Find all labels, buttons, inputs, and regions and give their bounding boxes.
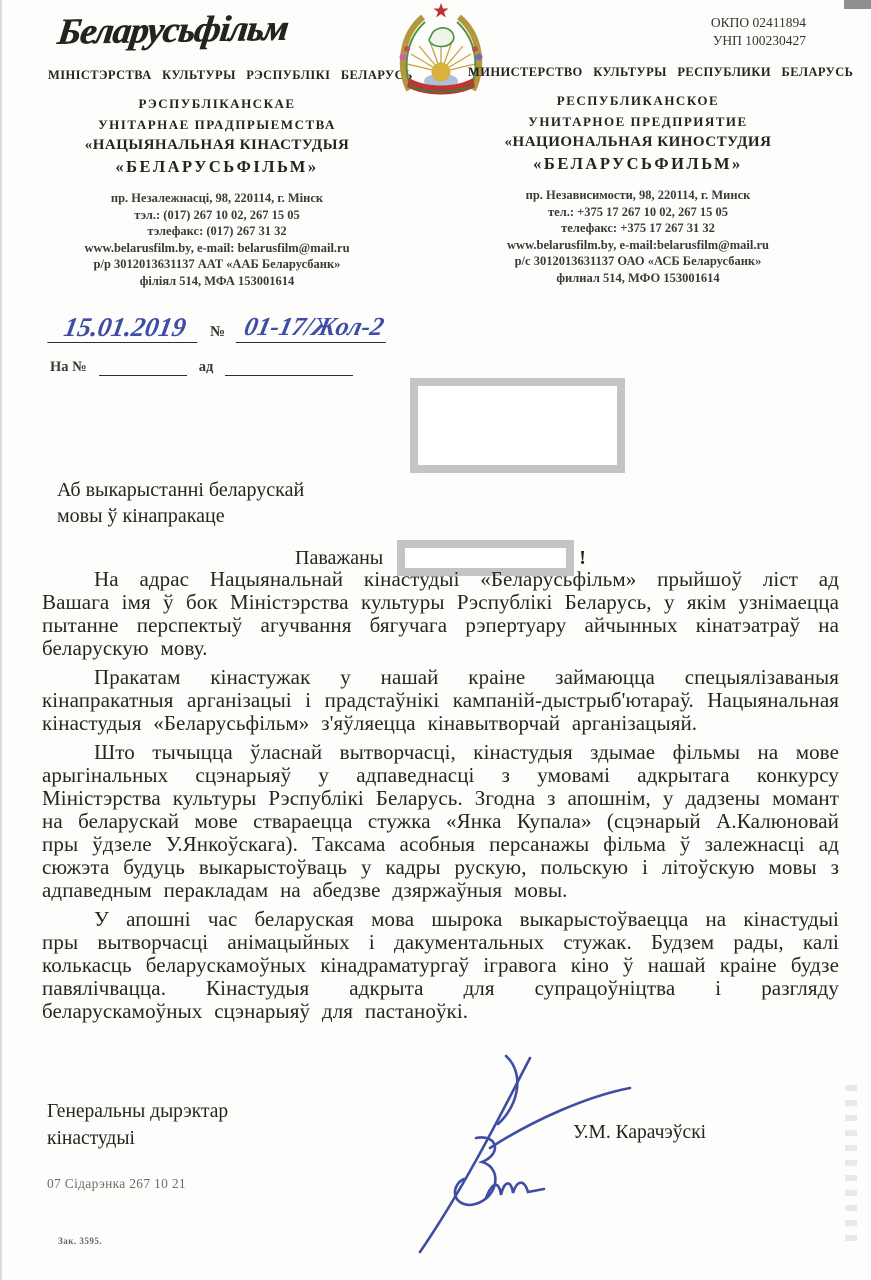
- address-line: тэлефакс: (017) 267 31 32: [48, 223, 386, 240]
- org-line: «БЕЛАРУСЬФИЛЬМ»: [468, 153, 808, 174]
- signer-title: Генеральны дырэктар кінастудыі: [47, 1098, 228, 1152]
- scan-corner-artifact: [844, 0, 871, 9]
- address-line: www.belarusfilm.by, e-mail: belarusfilm@…: [48, 240, 386, 257]
- org-line: РЭСПУБЛІКАНСКАЕ: [48, 93, 386, 114]
- address-line: www.belarusfilm.by, e-mail:belarusfilm@m…: [468, 237, 808, 254]
- address-line: р/с 3012013631137 ОАО «АСБ Беларусбанк»: [468, 253, 808, 270]
- paragraph: Што тычыцца ўласнай вытворчасці, кінасту…: [42, 741, 839, 902]
- letterhead-left: Беларусьфільм МІНІСТЭРСТВА КУЛЬТУРЫ РЭСП…: [48, 8, 386, 289]
- subject-line: мовы ў кінапракаце: [57, 503, 304, 529]
- registration-codes: ОКПО 02411894 УНП 100230427: [468, 14, 808, 50]
- handwritten-date: 15.01.2019: [47, 312, 202, 343]
- print-order-note: Зак. 3595.: [58, 1236, 102, 1246]
- reference-block: 15.01.2019 № 01-17/Жол-2 На № ад: [50, 312, 470, 376]
- blank-underline: [99, 375, 187, 376]
- org-line: УНІТАРНАЕ ПРАДПРЫЕМСТВА: [48, 114, 386, 135]
- org-line: РЕСПУБЛИКАНСКОЕ: [468, 90, 808, 111]
- na-number-label: На №: [50, 359, 87, 376]
- address-line: тэл.: (017) 267 10 02, 267 15 05: [48, 207, 386, 224]
- address-line: филиал 514, МФО 153001614: [468, 270, 808, 287]
- address-line: пр. Незалежнасці, 98, 220114, г. Мінск: [48, 190, 386, 207]
- paragraph: Пракатам кінастужак у нашай краіне займа…: [42, 666, 839, 735]
- address-line: тел.: +375 17 267 10 02, 267 15 05: [468, 204, 808, 221]
- signer-title-line: Генеральны дырэктар: [47, 1098, 228, 1125]
- address-line: філіял 514, МФА 153001614: [48, 273, 386, 290]
- signer-name: У.М. Карачэўскі: [573, 1122, 706, 1144]
- address-line: пр. Независимости, 98, 220114, г. Минск: [468, 187, 808, 204]
- unp-code: УНП 100230427: [468, 32, 806, 50]
- org-line: УНИТАРНОЕ ПРЕДПРИЯТИЕ: [468, 111, 808, 132]
- belarusfilm-logo: Беларусьфільм: [55, 5, 389, 54]
- number-sign: №: [210, 324, 225, 341]
- scanned-letter-page: Беларусьфільм МІНІСТЭРСТВА КУЛЬТУРЫ РЭСП…: [0, 0, 871, 1280]
- redaction-box-addressee: [410, 378, 625, 473]
- address-block-by: пр. Незалежнасці, 98, 220114, г. Мінск т…: [48, 190, 386, 289]
- address-block-ru: пр. Независимости, 98, 220114, г. Минск …: [468, 187, 808, 286]
- blank-underline: [225, 375, 353, 376]
- handwritten-signature: [378, 1052, 638, 1257]
- incoming-ref-line: На № ад: [50, 359, 470, 376]
- paragraph: На адрас Нацыянальнай кінастудыі «Белару…: [42, 568, 839, 660]
- signer-title-line: кінастудыі: [47, 1125, 228, 1152]
- org-line: «НАЦИОНАЛЬНАЯ КИНОСТУДИЯ: [468, 132, 808, 153]
- ministry-line-ru: МИНИСТЕРСТВО КУЛЬТУРЫ РЕСПУБЛИКИ БЕЛАРУС…: [468, 65, 808, 80]
- org-name-by: РЭСПУБЛІКАНСКАЕ УНІТАРНАЕ ПРАДПРЫЕМСТВА …: [48, 93, 386, 177]
- okpo-code: ОКПО 02411894: [468, 14, 806, 32]
- org-line: «НАЦЫЯНАЛЬНАЯ КІНАСТУДЫЯ: [48, 135, 386, 156]
- ad-label: ад: [199, 359, 214, 376]
- scan-edge-shadow: [0, 0, 3, 1280]
- address-line: телефакс: +375 17 267 31 32: [468, 220, 808, 237]
- letter-body: На адрас Нацыянальнай кінастудыі «Белару…: [42, 568, 839, 1029]
- org-name-ru: РЕСПУБЛИКАНСКОЕ УНИТАРНОЕ ПРЕДПРИЯТИЕ «Н…: [468, 90, 808, 174]
- paragraph: У апошні час беларуская мова шырока выка…: [42, 908, 839, 1023]
- letterhead-right: ОКПО 02411894 УНП 100230427 МИНИСТЕРСТВО…: [468, 14, 808, 286]
- address-line: р/р 3012013631137 ААТ «ААБ Беларусбанк»: [48, 256, 386, 273]
- ministry-line-by: МІНІСТЭРСТВА КУЛЬТУРЫ РЭСПУБЛІКІ БЕЛАРУС…: [48, 68, 386, 83]
- scan-artifact: [845, 1085, 857, 1245]
- executor-contact: 07 Сідарэнка 267 10 21: [47, 1176, 186, 1192]
- date-line: 15.01.2019 № 01-17/Жол-2: [50, 312, 470, 343]
- handwritten-doc-number: 01-17/Жол-2: [236, 312, 393, 343]
- subject-line: Аб выкарыстанні беларускай: [57, 477, 304, 503]
- subject-block: Аб выкарыстанні беларускай мовы ў кінапр…: [57, 477, 304, 529]
- org-line: «БЕЛАРУСЬФІЛЬМ»: [48, 156, 386, 177]
